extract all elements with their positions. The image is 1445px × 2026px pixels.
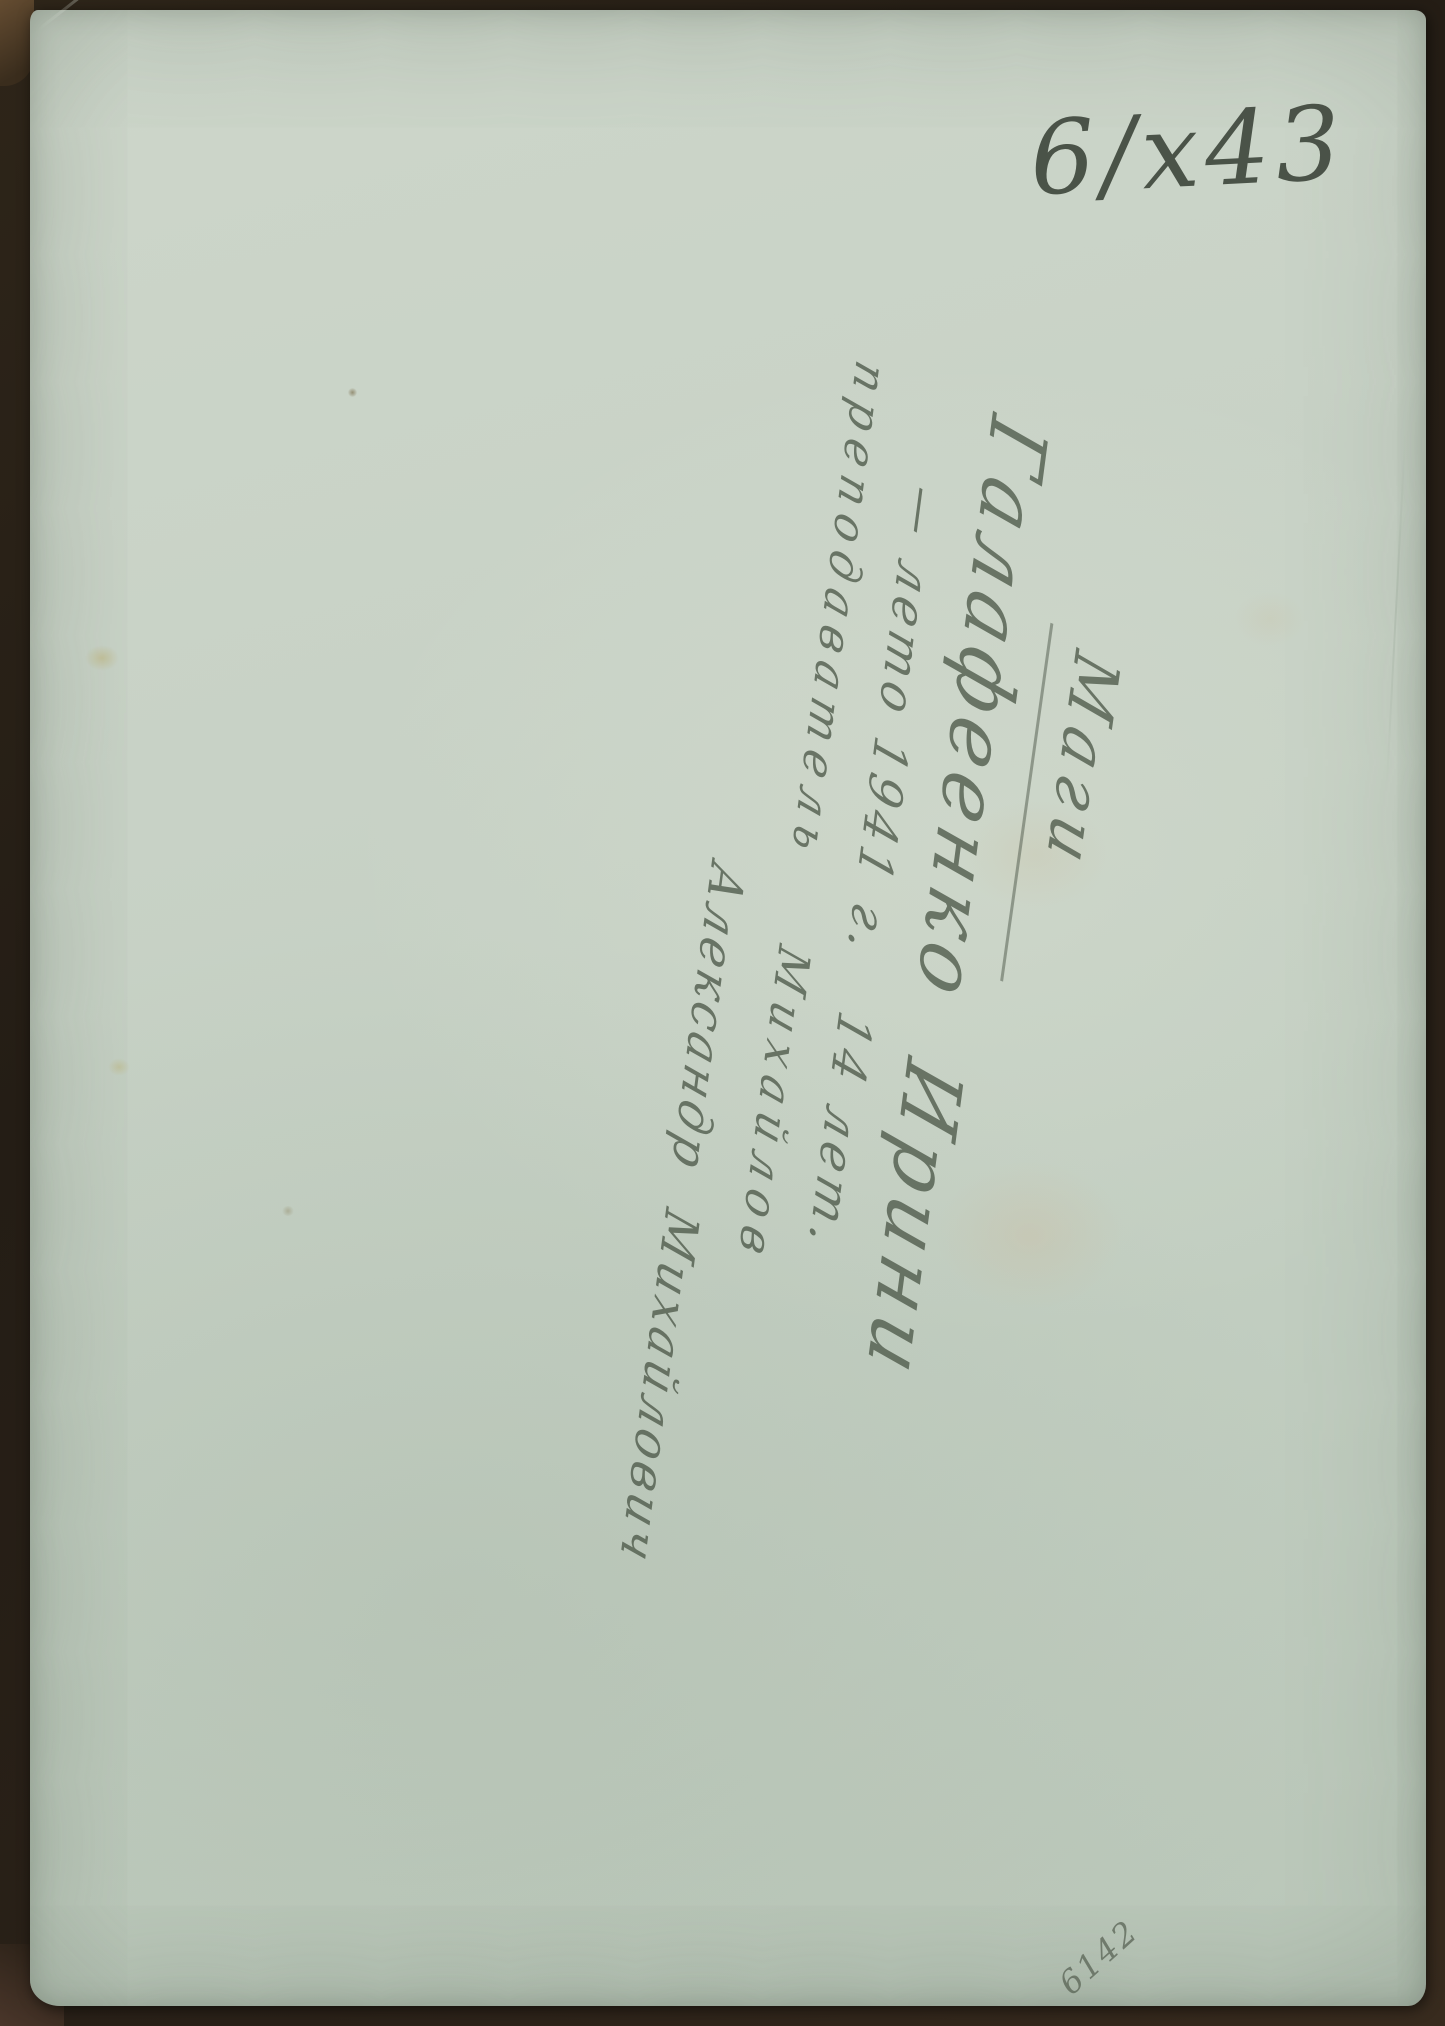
paper-crease-top-left [38,0,190,30]
paper-speck [282,1206,294,1216]
paper-stain [85,645,119,671]
paper-crease-right [1386,430,1407,790]
pencil-archive-number: 6/х43 [1027,84,1349,219]
inscription-date-gap [839,954,847,1012]
background-corner-top-left [0,0,34,86]
paper-stain [1235,592,1305,646]
paper-stain [108,1058,130,1076]
paper-speck [348,388,357,397]
photo-back-scan: { "photo_back": { "archive_number_top": … [0,0,1445,2026]
